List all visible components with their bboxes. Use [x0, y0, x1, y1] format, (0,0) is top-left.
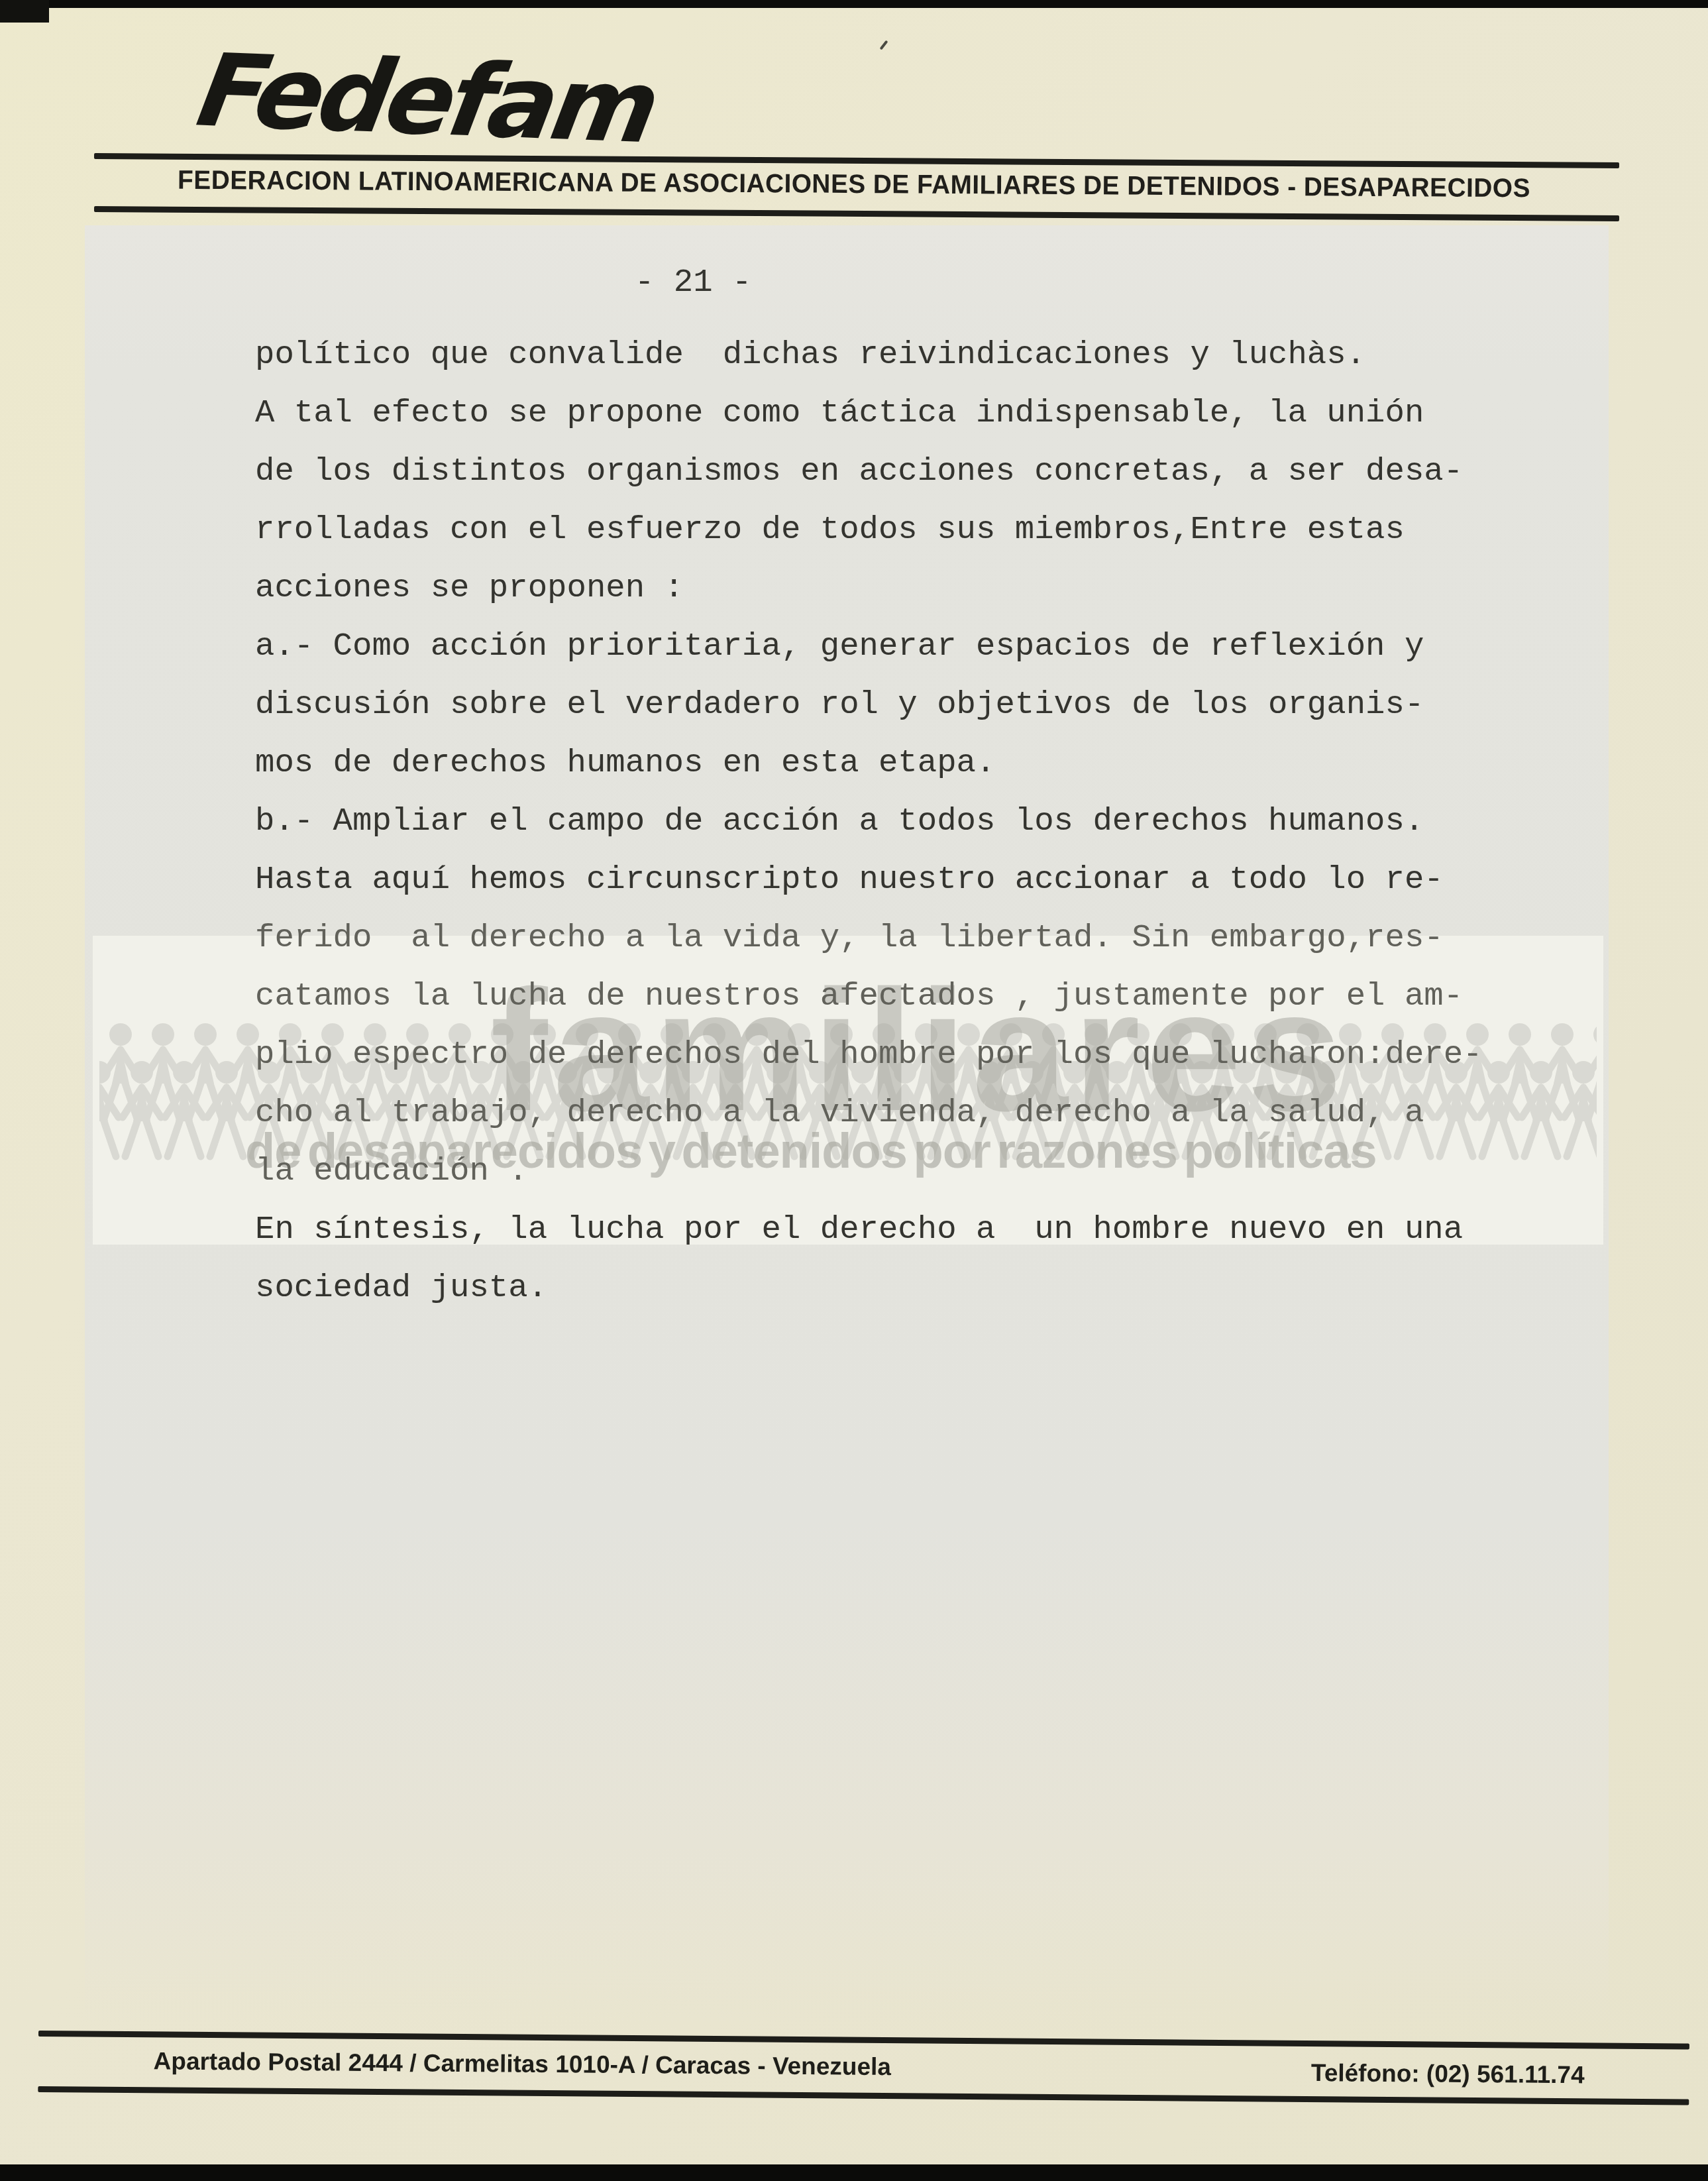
body-text-line: En síntesis, la lucha por el derecho a u… [255, 1200, 1527, 1258]
footer-phone: Teléfono: (02) 561.11.74 [1311, 2059, 1585, 2089]
body-text-line: ferido al derecho a la vida y, la libert… [255, 909, 1527, 967]
body-text-line: político que convalide dichas reivindica… [255, 325, 1527, 384]
scanned-page: Fedefam FEDERACION LATINOAMERICANA DE AS… [0, 0, 1708, 2181]
body-text-line: A tal efecto se propone como táctica ind… [255, 384, 1527, 442]
scan-corner-artifact [0, 0, 49, 23]
body-text-line: b.- Ampliar el campo de acción a todos l… [255, 792, 1527, 850]
footer-address: Apartado Postal 2444 / Carmelitas 1010-A… [154, 2047, 892, 2081]
body-text-line: mos de derechos humanos en esta etapa. [255, 734, 1527, 792]
body-text-line: la educación . [255, 1142, 1527, 1200]
body-text-line: cho al trabajo, derecho a la vivienda, d… [255, 1084, 1527, 1142]
body-text-line: catamos la lucha de nuestros afectados ,… [255, 967, 1527, 1025]
footer-rule-top [38, 2031, 1689, 2050]
header-rule-bottom [94, 206, 1619, 221]
body-text-line: discusión sobre el verdadero rol y objet… [255, 675, 1527, 734]
body-text-line: Hasta aquí hemos circunscripto nuestro a… [255, 850, 1527, 909]
scan-edge-bottom [0, 2164, 1708, 2181]
page-number: - 21 - [635, 264, 751, 301]
typewritten-text: político que convalide dichas reivindica… [255, 325, 1527, 1317]
footer-rule-bottom [38, 2086, 1689, 2105]
body-text-line: acciones se proponen : [255, 559, 1527, 617]
body-text-line: a.- Como acción prioritaria, generar esp… [255, 617, 1527, 675]
fedefam-logo: Fedefam [189, 32, 664, 166]
org-name-line: FEDERACION LATINOAMERICANA DE ASOCIACION… [26, 164, 1683, 204]
body-text-line: plio espectro de derechos del hombre por… [255, 1025, 1527, 1084]
body-text-line: sociedad justa. [255, 1258, 1527, 1317]
body-text-line: de los distintos organismos en acciones … [255, 442, 1527, 500]
scan-edge-top [0, 0, 1708, 8]
body-text-line: rrolladas con el esfuerzo de todos sus m… [255, 500, 1527, 559]
ink-speck [879, 40, 888, 50]
